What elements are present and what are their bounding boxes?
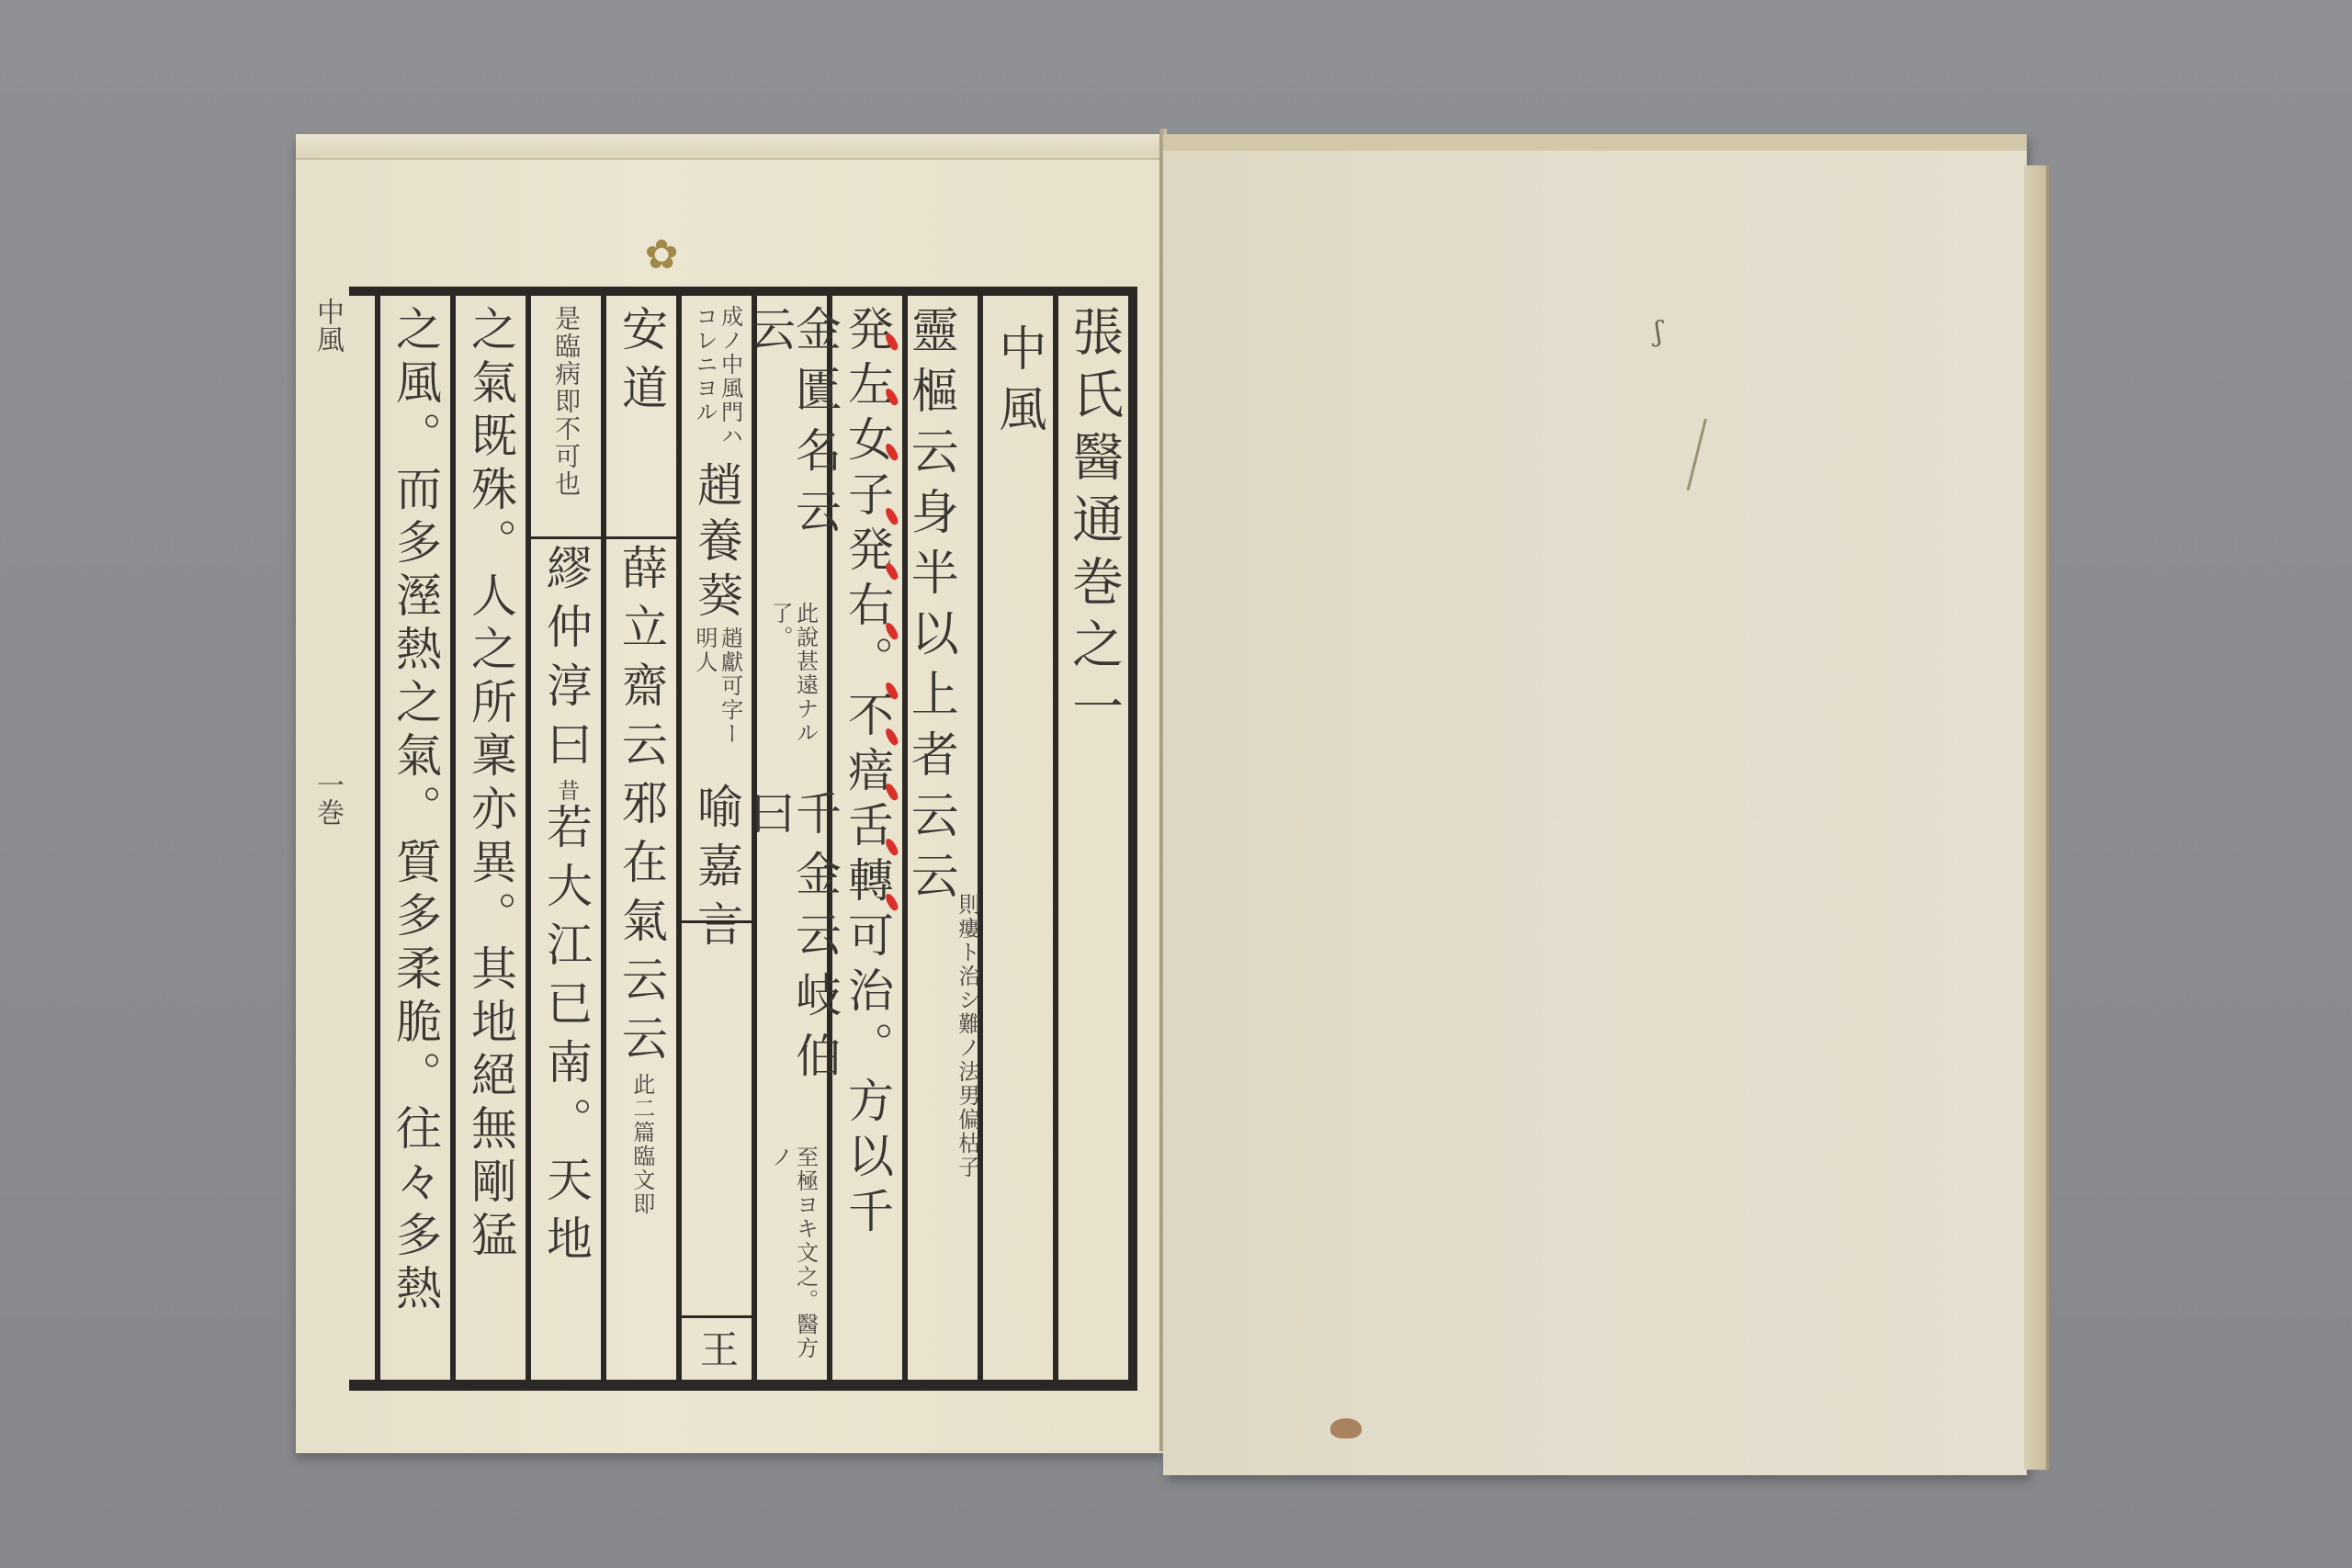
column-chapter: 中風 <box>978 296 1053 1380</box>
column-3: 靈樞云身半以上者云云 則瘻ト治シ難ノ法男偏枯子 <box>902 296 978 1380</box>
cell-divider <box>606 536 676 539</box>
column-5-annotation-2: 至極ヨキ文之。醫方ノ <box>766 1145 817 1380</box>
cell-divider <box>682 920 752 923</box>
fishtail-ornament-icon: ✿ <box>643 230 680 280</box>
column-8-upper: 是臨病即不可也 <box>551 305 581 535</box>
book-spread: ✿ 中風 一巻 張氏醫通巻之一 中風 靈樞云身半以上者云云 則瘻ト治シ難ノ法男偏… <box>0 0 2352 1568</box>
column-4-text: 発左女子発右。不瘖舌轉可治。方以千 <box>844 305 890 1242</box>
chapter-heading: 中風 <box>994 323 1042 445</box>
page-stack-edge <box>2024 165 2049 1470</box>
column-title: 張氏醫通巻之一 <box>1053 296 1128 1380</box>
margin-column: 中風 一巻 <box>307 298 347 1354</box>
column-5: 金匱名云云 此說甚遠ナル了。 千金云岐伯曰 至極ヨキ文之。醫方ノ <box>752 296 827 1380</box>
page-top-fold <box>296 134 1163 160</box>
column-8-text-2: 若大江已南。天地 <box>543 803 589 1273</box>
column-9-text: 之氣既殊。人之所稟亦異。其地絕無剛猛 <box>468 305 514 1264</box>
book-title: 張氏醫通巻之一 <box>1068 305 1119 742</box>
column-10-text: 之風。而多溼熱之氣。質多柔脆。往々多熱 <box>392 305 438 1317</box>
column-7-text: 薛立齋云邪在氣云云 <box>618 544 664 1073</box>
column-6-annotation: 趙獻可字ー明人 <box>691 626 741 764</box>
column-7-upper: 安道 <box>618 305 664 535</box>
cell-divider <box>682 1315 752 1318</box>
text-columns: 張氏醫通巻之一 中風 靈樞云身半以上者云云 則瘻ト治シ難ノ法男偏枯子 発左女子発… <box>349 296 1128 1380</box>
margin-label-top: 中風 <box>311 298 344 353</box>
column-8-text: 繆仲淳曰 <box>543 544 589 779</box>
column-8-annotation: 昔 <box>553 779 579 803</box>
column-10: 之風。而多溼熱之氣。質多柔脆。往々多熱 <box>375 296 450 1380</box>
column-6: 成ノ中風門ハコレニヨル 趙養葵 趙獻可字ー明人 喻嘉言 王 <box>676 296 752 1380</box>
right-page: ʃ <box>1163 134 2027 1475</box>
column-6-footer: 王 <box>697 1329 736 1381</box>
left-page: ✿ 中風 一巻 張氏醫通巻之一 中風 靈樞云身半以上者云云 則瘻ト治シ難ノ法男偏… <box>296 134 1163 1453</box>
cell-divider <box>531 536 601 539</box>
paper-stain <box>1330 1418 1362 1438</box>
column-5-annotation-1: 此說甚遠ナル了。 <box>766 602 817 789</box>
text-frame: 張氏醫通巻之一 中風 靈樞云身半以上者云云 則瘻ト治シ難ノ法男偏枯子 発左女子発… <box>349 287 1137 1391</box>
column-5-text: 金匱名云云 <box>746 305 838 602</box>
column-6-text: 趙養葵 <box>694 461 740 626</box>
margin-label-volume: 一巻 <box>307 771 347 826</box>
column-6-upper-note: 成ノ中風門ハコレニヨル <box>691 305 741 461</box>
column-7: 安道 薛立齋云邪在氣云云 此二篇臨文即 <box>601 296 676 1380</box>
crease-mark <box>1651 410 1707 491</box>
column-8: 是臨病即不可也 繆仲淳曰 昔 若大江已南。天地 <box>526 296 601 1380</box>
column-6-lower-text: 喻嘉言 <box>694 783 740 959</box>
column-3-text: 靈樞云身半以上者云云 <box>906 305 954 911</box>
column-9: 之氣既殊。人之所稟亦異。其地絕無剛猛 <box>450 296 526 1380</box>
ink-scratch-mark: ʃ <box>1655 316 1662 348</box>
column-7-annotation: 此二篇臨文即 <box>628 1073 654 1216</box>
column-5-text-2: 千金云岐伯曰 <box>746 789 838 1145</box>
column-3-annotation: 則瘻ト治シ難ノ法男偏枯子 <box>954 893 979 1179</box>
